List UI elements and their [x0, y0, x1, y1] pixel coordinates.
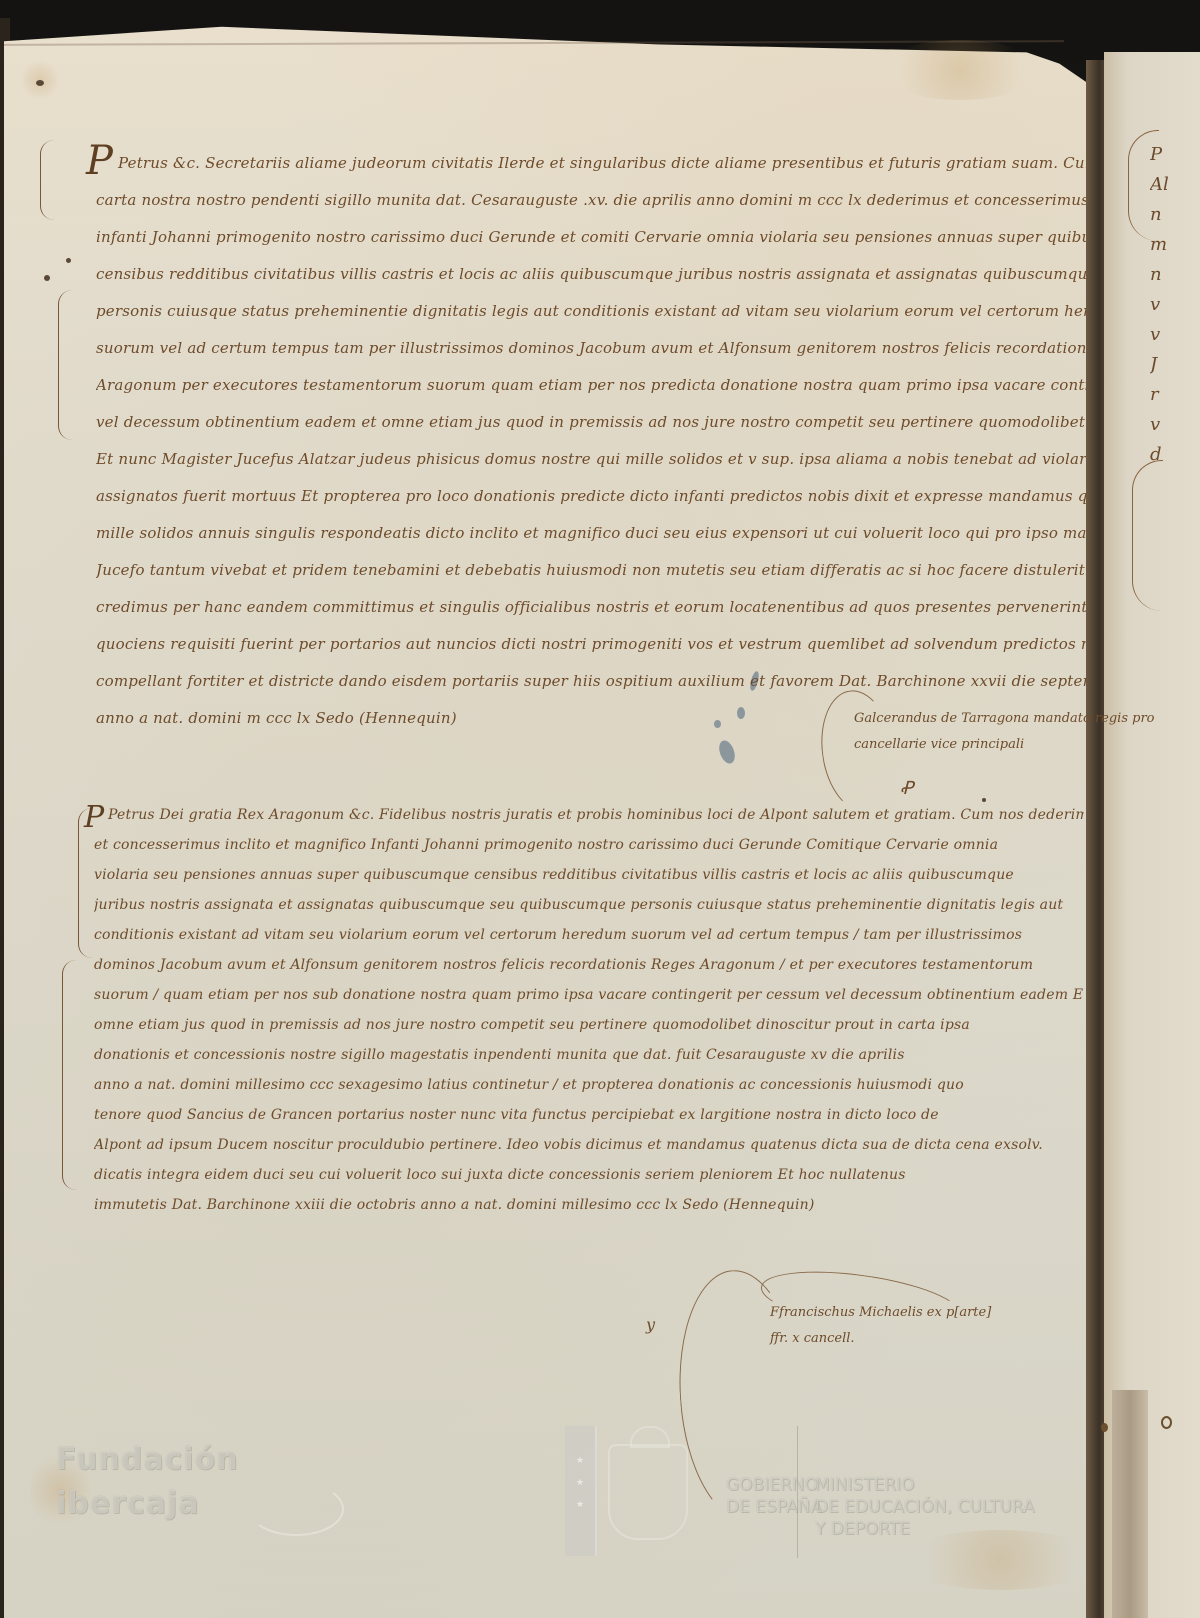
spain-flag-stripe-icon: ★ ★ ★ [565, 1426, 597, 1556]
text-line: infanti Johanni primogenito nostro caris… [96, 219, 1086, 256]
signature-line: ffr. x cancell. [770, 1326, 991, 1352]
facing-page-text: P Al n m n v v J r v d [1150, 140, 1200, 470]
text-line: Aragonum per executores testamentorum su… [96, 367, 1086, 404]
spain-coat-of-arms-icon [608, 1444, 688, 1540]
signature-line: Galcerandus de Tarragona mandato regis p… [854, 706, 1155, 732]
text-line: dominos Jacobum avum et Alfonsum genitor… [94, 950, 1084, 980]
watermark-line: GOBIERNO [726, 1474, 822, 1496]
registry-mark: Ꝓ [900, 776, 913, 802]
text-line: assignatos fuerit mortuus Et propterea p… [96, 478, 1086, 515]
facing-page-bracket [1132, 460, 1163, 611]
letter-2-body: Petrus Dei gratia Rex Aragonum &c. Fidel… [94, 800, 1084, 1220]
watermark-line: MINISTERIO [815, 1474, 1035, 1496]
text-line: donationis et concessionis nostre sigill… [94, 1040, 1084, 1070]
star-icon: ★ [565, 1500, 595, 1510]
text-line: conditionis existant ad vitam seu violar… [94, 920, 1084, 950]
binding-hole [1101, 1423, 1108, 1432]
text-line: et concesserimus inclito et magnifico In… [94, 830, 1084, 860]
ink-dot [44, 275, 50, 281]
signature-1: Galcerandus de Tarragona mandato regis p… [854, 706, 1155, 758]
star-icon: ★ [565, 1456, 595, 1466]
text-line: anno a nat. domini millesimo ccc sexages… [94, 1070, 1084, 1100]
text-line: dicatis integra eidem duci seu cui volue… [94, 1160, 1084, 1190]
text-line: tenore quod Sancius de Grancen portarius… [94, 1100, 1084, 1130]
star-icon: ★ [565, 1478, 595, 1488]
text-line: Et nunc Magister Jucefus Alatzar judeus … [96, 441, 1086, 478]
text-line: Jucefo tantum vivebat et pridem tenebami… [96, 552, 1086, 589]
margin-bracket [58, 290, 79, 440]
signature-line: Ffrancischus Michaelis ex p[arte] [770, 1300, 991, 1326]
ministerio-watermark: MINISTERIO DE EDUCACIÓN, CULTURA Y DEPOR… [815, 1474, 1035, 1540]
signature-2: Ffrancischus Michaelis ex p[arte] ffr. x… [770, 1300, 991, 1352]
binding-hole [1161, 1416, 1172, 1429]
letter-1-body: Petrus &c. Secretariis aliame judeorum c… [96, 145, 1086, 737]
text-line: immutetis Dat. Barchinone xxiii die octo… [94, 1190, 1084, 1220]
gobierno-espana-watermark: GOBIERNO DE ESPAÑA [726, 1474, 822, 1518]
watermark-line: Y DEPORTE [815, 1518, 1035, 1540]
facing-page-fold [1112, 1390, 1148, 1618]
text-line: suorum / quam etiam per nos sub donation… [94, 980, 1084, 1010]
fundacion-ibercaja-watermark: Fundación ibercaja [56, 1438, 238, 1526]
watermark-line: DE EDUCACIÓN, CULTURA [815, 1496, 1035, 1518]
ink-spot [36, 80, 44, 86]
text-line: personis cuiusque status preheminentie d… [96, 293, 1086, 330]
text-line: vel decessum obtinentium eadem et omne e… [96, 404, 1086, 441]
text-line: Petrus &c. Secretariis aliame judeorum c… [96, 145, 1086, 182]
text-line: credimus per hanc eandem committimus et … [96, 589, 1086, 626]
ibercaja-logo-icon [248, 1482, 344, 1536]
margin-bracket [40, 140, 71, 220]
text-line: Alpont ad ipsum Ducem noscitur proculdub… [94, 1130, 1084, 1160]
watermark-line: Fundación [56, 1438, 238, 1482]
text-line: mille solidos annuis singulis respondeat… [96, 515, 1086, 552]
text-line: violaria seu pensiones annuas super quib… [94, 860, 1084, 890]
ink-dot [66, 258, 71, 263]
text-line: omne etiam jus quod in premissis ad nos … [94, 1010, 1084, 1040]
text-line: quociens requisiti fuerint per portarios… [96, 626, 1086, 663]
paper-stain [880, 40, 1040, 100]
text-line: compellant fortiter et districte dando e… [96, 663, 1086, 700]
watermark-line: ibercaja [56, 1482, 238, 1526]
text-line: suorum vel ad certum tempus tam per illu… [96, 330, 1086, 367]
text-line: Petrus Dei gratia Rex Aragonum &c. Fidel… [94, 800, 1084, 830]
manuscript-scan: P Al n m n v v J r v d P Petrus &c. Secr… [0, 0, 1200, 1618]
watermark-divider [797, 1426, 798, 1558]
text-line: carta nostra nostro pendenti sigillo mun… [96, 182, 1086, 219]
margin-bracket [62, 960, 77, 1190]
text-line: censibus redditibus civitatibus villis c… [96, 256, 1086, 293]
text-line: juribus nostris assignata et assignatas … [94, 890, 1084, 920]
registry-mark: y [646, 1312, 655, 1338]
signature-line: cancellarie vice principali [854, 732, 1155, 758]
watermark-line: DE ESPAÑA [726, 1496, 822, 1518]
